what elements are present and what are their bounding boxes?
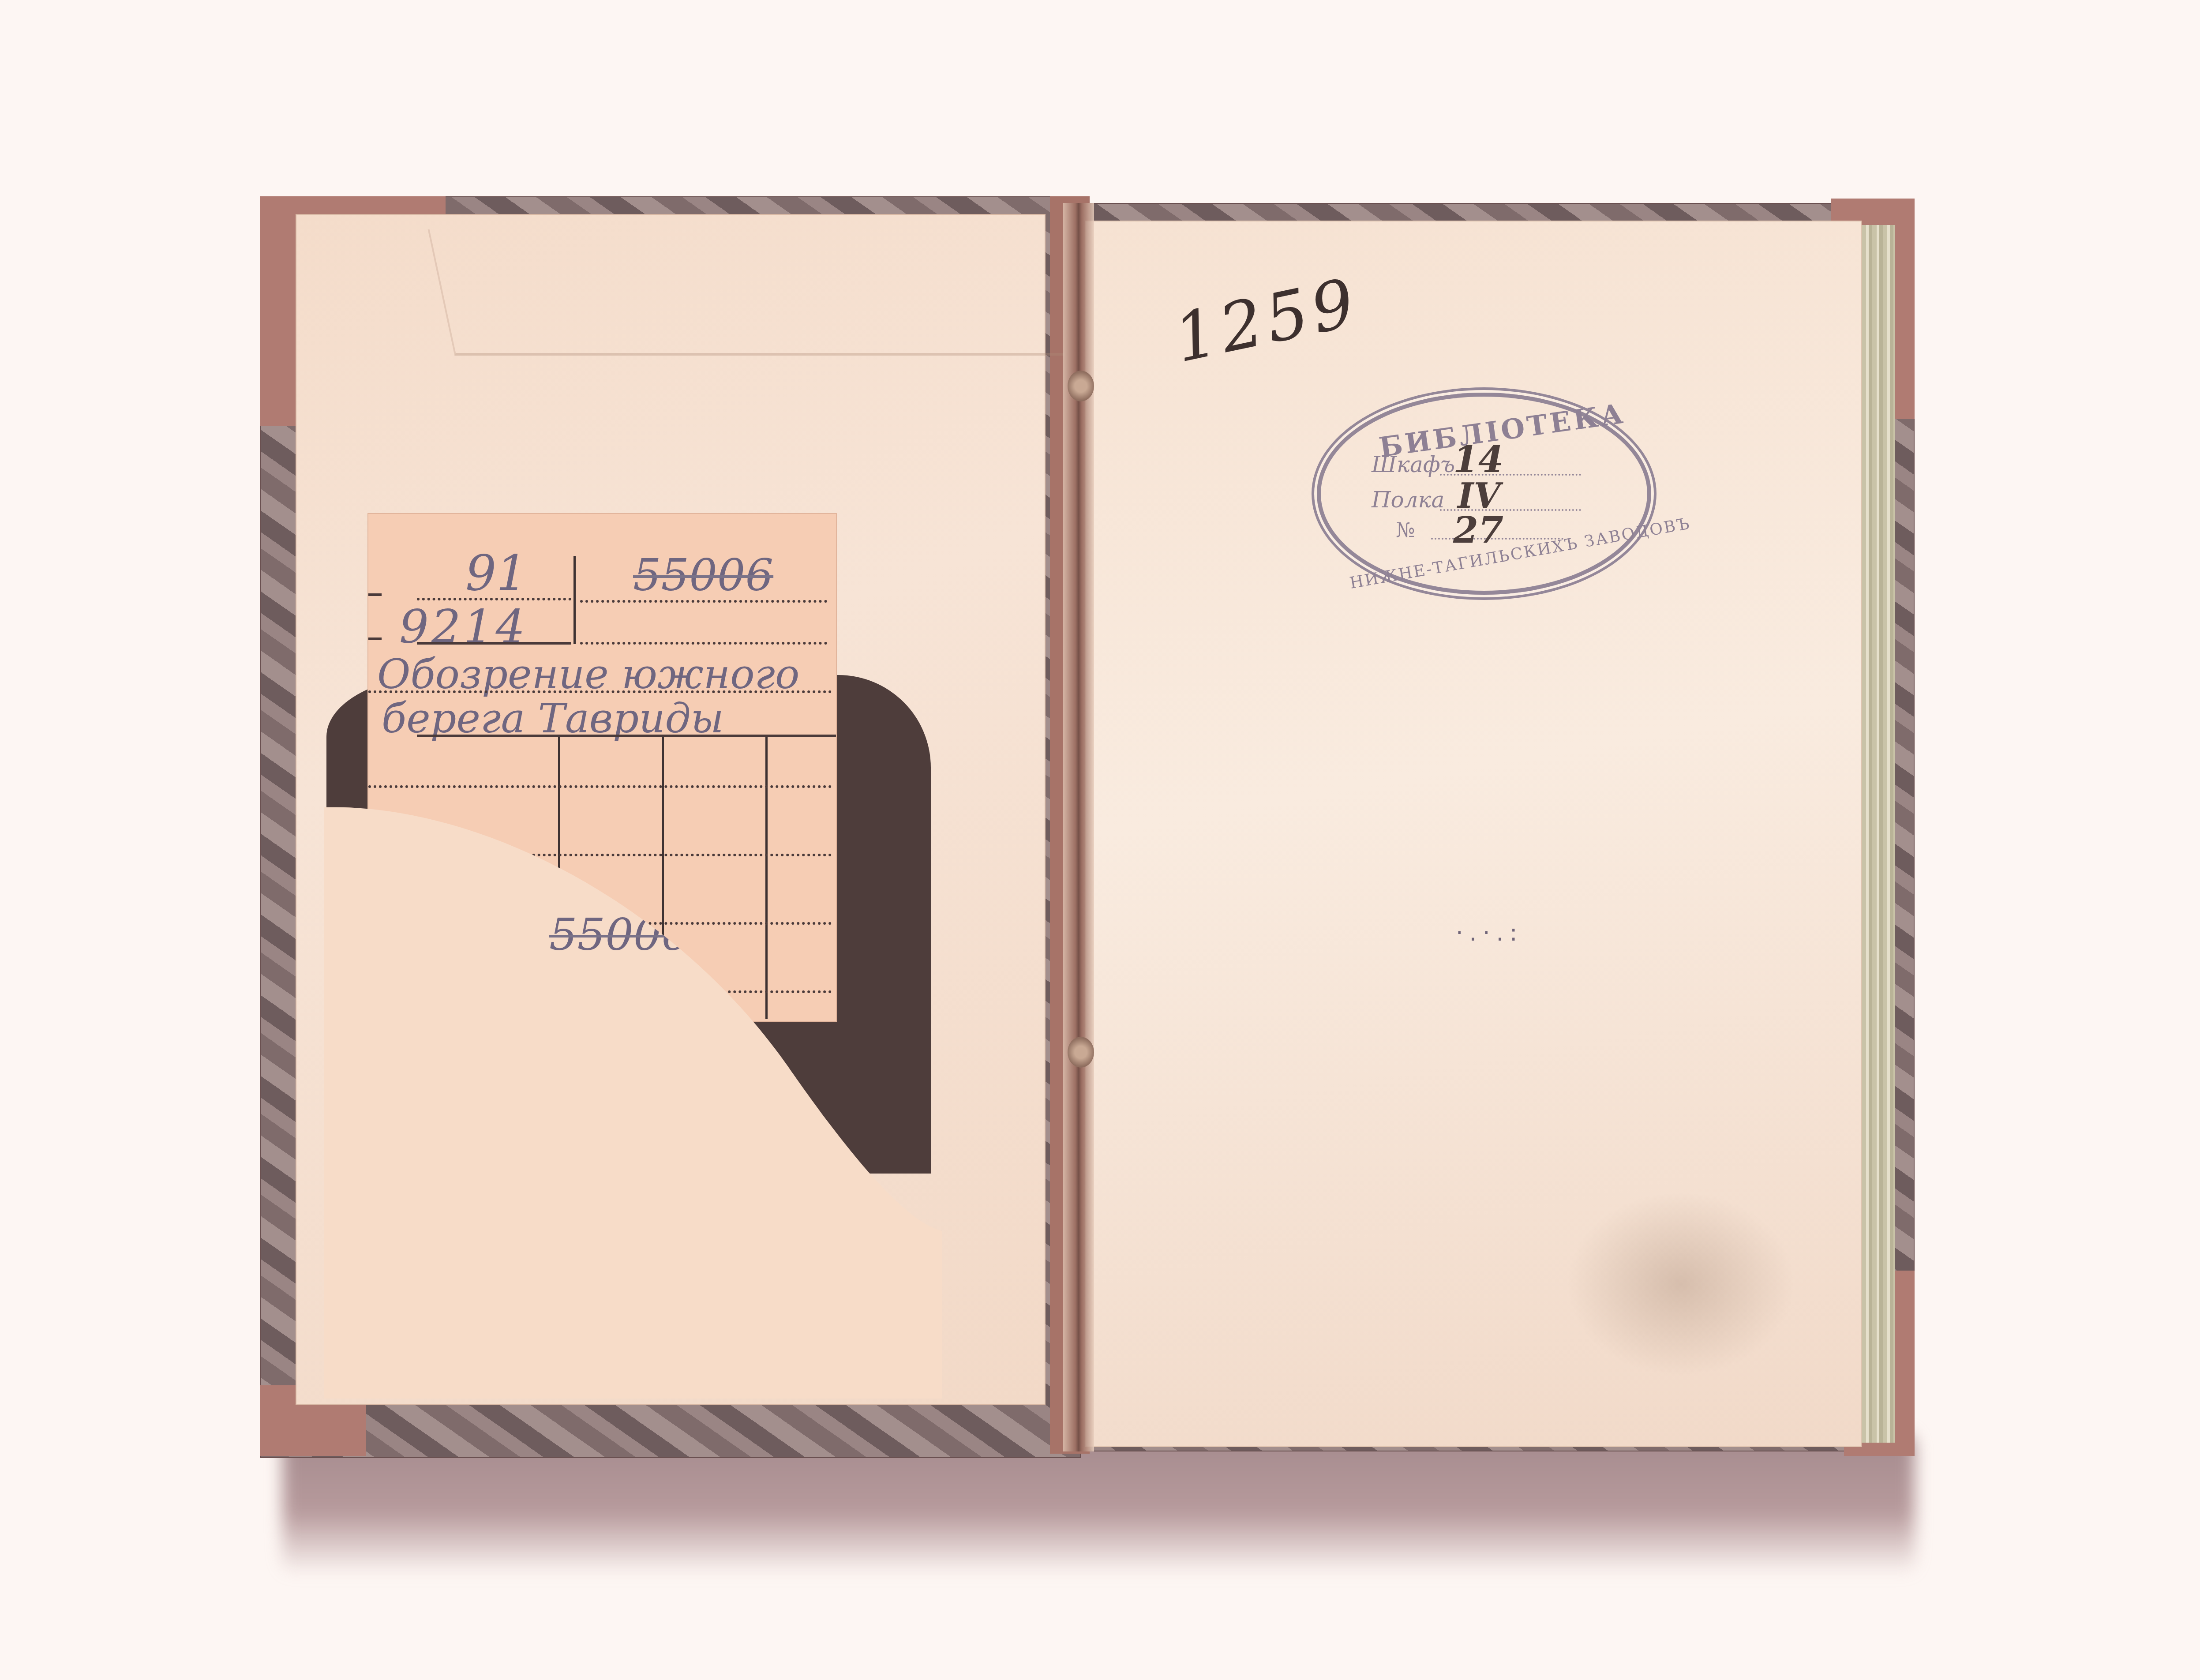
card-tick [368, 593, 382, 596]
page-stain [1566, 1191, 1795, 1376]
binding-stitch [1068, 371, 1094, 401]
card-rule [580, 600, 827, 603]
stamp-label-shelf: Полка [1372, 487, 1444, 513]
card-tick [368, 637, 382, 640]
endpaper-crease [428, 229, 1065, 356]
grid-row [368, 785, 832, 788]
faint-ink-marks: ·.·.: [1456, 920, 1524, 946]
call-number-bottom: 9214 [399, 600, 528, 654]
card-rule [417, 642, 571, 645]
binding-stitch [1068, 1037, 1094, 1068]
card-inventory-number: 55006 [633, 549, 773, 601]
library-ownership-stamp: БИБЛІОТЕКА Шкафъ 14 Полка IV № 27 НИЖНЕ-… [1317, 393, 1651, 595]
card-rule [580, 642, 827, 645]
call-number-top: 91 [465, 545, 527, 601]
stamp-label-number: № [1396, 518, 1415, 542]
grid-col [765, 737, 768, 1019]
page-block-fore-edge [1862, 225, 1895, 1443]
card-rule [417, 735, 836, 737]
card-divider [573, 556, 576, 644]
stamp-value-number: 27 [1453, 509, 1503, 551]
card-rule [368, 690, 832, 693]
stamp-value-cabinet: 14 [1453, 439, 1503, 481]
